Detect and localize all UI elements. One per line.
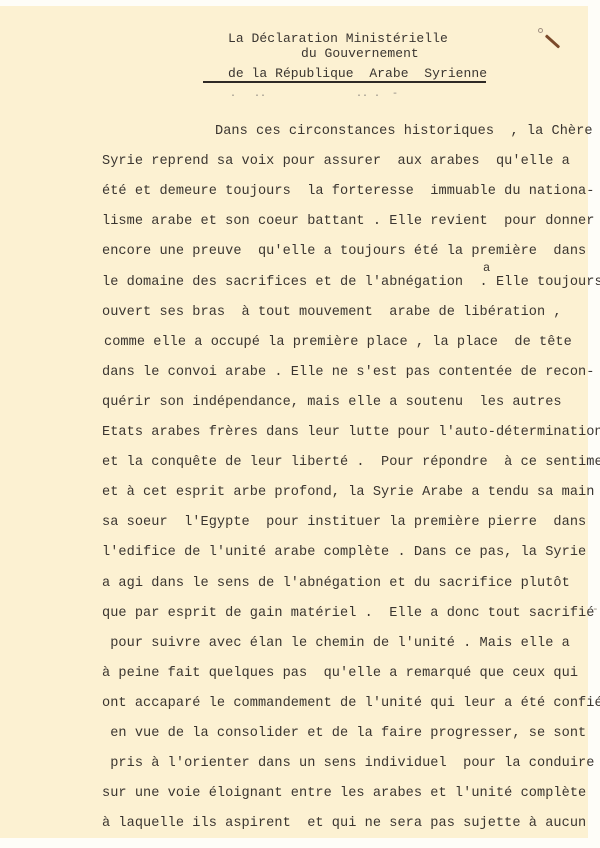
margin-mark: - — [592, 604, 599, 616]
body-line: sur une voie éloignant entre les arabes … — [102, 786, 586, 801]
title-line-2: du Gouvernement — [301, 46, 419, 61]
body-line: dans le convoi arabe . Elle ne s'est pas… — [102, 365, 594, 380]
body-line: Syrie reprend sa voix pour assurer aux a… — [102, 154, 570, 169]
body-line: à peine fait quelques pas qu'elle a rema… — [102, 666, 578, 681]
title-line-3: de la République Arabe Syrienne — [228, 66, 487, 81]
body-line: sa soeur l'Egypte pour instituer la prem… — [102, 515, 586, 530]
body-line: en vue de la consolider et de la faire p… — [102, 726, 586, 741]
body-line: pour suivre avec élan le chemin de l'uni… — [102, 636, 570, 651]
body-line: été et demeure toujours la forteresse im… — [102, 184, 594, 199]
body-line: quérir son indépendance, mais elle a sou… — [102, 395, 562, 410]
pin-hole — [538, 28, 543, 33]
body-line: Etats arabes frères dans leur lutte pour… — [102, 425, 600, 440]
ink-specks: . .. .. . - — [230, 89, 398, 100]
body-line: à laquelle ils aspirent et qui ne sera p… — [102, 816, 586, 831]
body-line: l'edifice de l'unité arabe complète . Da… — [102, 545, 586, 560]
body-line: Dans ces circonstances historiques , la … — [215, 124, 593, 139]
body-line: le domaine des sacrifices et de l'abnéga… — [102, 275, 600, 290]
body-line: et à cet esprit arbe profond, la Syrie A… — [102, 485, 600, 500]
body-line: lisme arabe et son coeur battant . Elle … — [102, 214, 594, 229]
body-line: et la conquête de leur liberté . Pour ré… — [102, 455, 600, 470]
title-line-1: La Déclaration Ministérielle — [228, 31, 448, 46]
interlinear-correction: a — [483, 261, 490, 275]
title-underline — [203, 81, 486, 83]
body-line: ouvert ses bras à tout mouvement arabe d… — [102, 305, 562, 320]
body-line: comme elle a occupé la première place , … — [104, 335, 572, 350]
body-line: que par esprit de gain matériel . Elle a… — [102, 606, 594, 621]
body-line: a agi dans le sens de l'abnégation et du… — [102, 576, 570, 591]
body-line: encore une preuve qu'elle a toujours été… — [102, 244, 586, 259]
body-line: pris à l'orienter dans un sens individue… — [102, 756, 594, 771]
body-line: ont accaparé le commandement de l'unité … — [102, 696, 600, 711]
